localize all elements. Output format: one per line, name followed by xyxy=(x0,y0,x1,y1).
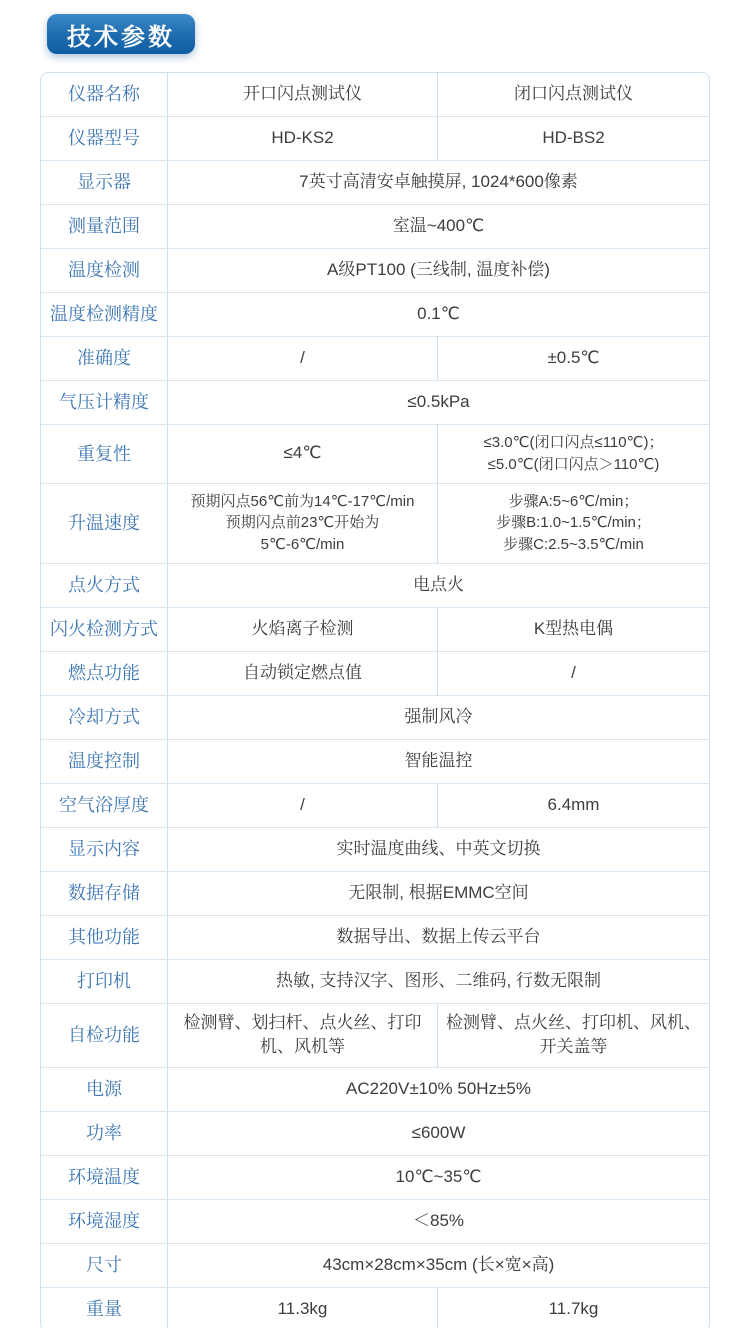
table-row: 功率≤600W xyxy=(41,1112,709,1156)
spec-value: 强制风冷 xyxy=(168,696,709,739)
spec-label: 显示内容 xyxy=(41,828,168,871)
spec-value: 0.1℃ xyxy=(168,293,709,336)
spec-value: AC220V±10% 50Hz±5% xyxy=(168,1068,709,1111)
spec-label: 尺寸 xyxy=(41,1244,168,1287)
spec-label: 燃点功能 xyxy=(41,652,168,695)
table-row: 燃点功能自动锁定燃点值/ xyxy=(41,652,709,696)
spec-value: ±0.5℃ xyxy=(438,337,709,380)
spec-label: 温度检测 xyxy=(41,249,168,292)
table-row: 升温速度预期闪点56℃前为14℃-17℃/min 预期闪点前23℃开始为 5℃-… xyxy=(41,484,709,564)
spec-label: 点火方式 xyxy=(41,564,168,607)
spec-value: 43cm×28cm×35cm (长×宽×高) xyxy=(168,1244,709,1287)
spec-label: 测量范围 xyxy=(41,205,168,248)
spec-label: 显示器 xyxy=(41,161,168,204)
spec-value: 电点火 xyxy=(168,564,709,607)
spec-label: 环境温度 xyxy=(41,1156,168,1199)
spec-label: 打印机 xyxy=(41,960,168,1003)
table-row: 仪器名称开口闪点测试仪闭口闪点测试仪 xyxy=(41,73,709,117)
spec-value: 步骤A:5~6℃/min； 步骤B:1.0~1.5℃/min； 步骤C:2.5~… xyxy=(438,484,709,563)
spec-value: 室温~400℃ xyxy=(168,205,709,248)
spec-label: 温度控制 xyxy=(41,740,168,783)
table-row: 温度控制智能温控 xyxy=(41,740,709,784)
table-row: 重复性≤4℃≤3.0℃(闭口闪点≤110℃)； ≤5.0℃(闭口闪点＞110℃) xyxy=(41,425,709,484)
spec-label: 重复性 xyxy=(41,425,168,483)
spec-label: 准确度 xyxy=(41,337,168,380)
spec-value: 火焰离子检测 xyxy=(168,608,438,651)
spec-value: ≤600W xyxy=(168,1112,709,1155)
spec-value: 检测臂、划扫杆、点火丝、打印机、风机等 xyxy=(168,1004,438,1067)
table-row: 电源AC220V±10% 50Hz±5% xyxy=(41,1068,709,1112)
spec-value: 智能温控 xyxy=(168,740,709,783)
table-row: 闪火检测方式火焰离子检测K型热电偶 xyxy=(41,608,709,652)
table-row: 环境温度10℃~35℃ xyxy=(41,1156,709,1200)
spec-label: 温度检测精度 xyxy=(41,293,168,336)
spec-value: HD-KS2 xyxy=(168,117,438,160)
product-spec-page: 技术参数 仪器名称开口闪点测试仪闭口闪点测试仪仪器型号HD-KS2HD-BS2显… xyxy=(0,0,750,1328)
spec-value: ≤0.5kPa xyxy=(168,381,709,424)
spec-label: 功率 xyxy=(41,1112,168,1155)
spec-value: ＜85% xyxy=(168,1200,709,1243)
table-row: 打印机热敏, 支持汉字、图形、二维码, 行数无限制 xyxy=(41,960,709,1004)
table-row: 数据存储无限制, 根据EMMC空间 xyxy=(41,872,709,916)
spec-value: K型热电偶 xyxy=(438,608,709,651)
spec-value: 11.7kg xyxy=(438,1288,709,1328)
spec-value: 11.3kg xyxy=(168,1288,438,1328)
table-row: 环境湿度＜85% xyxy=(41,1200,709,1244)
spec-value: / xyxy=(438,652,709,695)
table-row: 显示内容实时温度曲线、中英文切换 xyxy=(41,828,709,872)
spec-value: 开口闪点测试仪 xyxy=(168,73,438,116)
spec-value: / xyxy=(168,784,438,827)
table-row: 仪器型号HD-KS2HD-BS2 xyxy=(41,117,709,161)
spec-label: 冷却方式 xyxy=(41,696,168,739)
spec-value: 预期闪点56℃前为14℃-17℃/min 预期闪点前23℃开始为 5℃-6℃/m… xyxy=(168,484,438,563)
spec-value: 检测臂、点火丝、打印机、风机、开关盖等 xyxy=(438,1004,709,1067)
table-row: 显示器7英寸高清安卓触摸屏, 1024*600像素 xyxy=(41,161,709,205)
spec-value: 数据导出、数据上传云平台 xyxy=(168,916,709,959)
spec-label: 环境湿度 xyxy=(41,1200,168,1243)
spec-label: 自检功能 xyxy=(41,1004,168,1067)
spec-value: ≤4℃ xyxy=(168,425,438,483)
spec-value: 无限制, 根据EMMC空间 xyxy=(168,872,709,915)
table-row: 气压计精度≤0.5kPa xyxy=(41,381,709,425)
spec-value: HD-BS2 xyxy=(438,117,709,160)
spec-value: 闭口闪点测试仪 xyxy=(438,73,709,116)
table-row: 温度检测精度0.1℃ xyxy=(41,293,709,337)
table-row: 其他功能数据导出、数据上传云平台 xyxy=(41,916,709,960)
table-row: 测量范围室温~400℃ xyxy=(41,205,709,249)
spec-value: / xyxy=(168,337,438,380)
spec-value: 自动锁定燃点值 xyxy=(168,652,438,695)
spec-label: 数据存储 xyxy=(41,872,168,915)
spec-label: 升温速度 xyxy=(41,484,168,563)
table-row: 冷却方式强制风冷 xyxy=(41,696,709,740)
table-row: 温度检测A级PT100 (三线制, 温度补偿) xyxy=(41,249,709,293)
spec-label: 仪器型号 xyxy=(41,117,168,160)
spec-label: 气压计精度 xyxy=(41,381,168,424)
spec-value: 热敏, 支持汉字、图形、二维码, 行数无限制 xyxy=(168,960,709,1003)
spec-value: ≤3.0℃(闭口闪点≤110℃)； ≤5.0℃(闭口闪点＞110℃) xyxy=(438,425,709,483)
table-row: 空气浴厚度/6.4mm xyxy=(41,784,709,828)
spec-value: 6.4mm xyxy=(438,784,709,827)
table-row: 自检功能检测臂、划扫杆、点火丝、打印机、风机等检测臂、点火丝、打印机、风机、开关… xyxy=(41,1004,709,1068)
section-title: 技术参数 xyxy=(67,17,175,52)
table-row: 尺寸43cm×28cm×35cm (长×宽×高) xyxy=(41,1244,709,1288)
spec-table: 仪器名称开口闪点测试仪闭口闪点测试仪仪器型号HD-KS2HD-BS2显示器7英寸… xyxy=(40,72,710,1328)
table-row: 准确度/±0.5℃ xyxy=(41,337,709,381)
spec-value: A级PT100 (三线制, 温度补偿) xyxy=(168,249,709,292)
spec-label: 重量 xyxy=(41,1288,168,1328)
spec-label: 其他功能 xyxy=(41,916,168,959)
spec-label: 电源 xyxy=(41,1068,168,1111)
spec-label: 闪火检测方式 xyxy=(41,608,168,651)
spec-value: 7英寸高清安卓触摸屏, 1024*600像素 xyxy=(168,161,709,204)
spec-label: 仪器名称 xyxy=(41,73,168,116)
spec-value: 实时温度曲线、中英文切换 xyxy=(168,828,709,871)
table-row: 点火方式电点火 xyxy=(41,564,709,608)
spec-label: 空气浴厚度 xyxy=(41,784,168,827)
spec-value: 10℃~35℃ xyxy=(168,1156,709,1199)
section-title-badge: 技术参数 xyxy=(47,14,195,54)
table-row: 重量11.3kg11.7kg xyxy=(41,1288,709,1328)
